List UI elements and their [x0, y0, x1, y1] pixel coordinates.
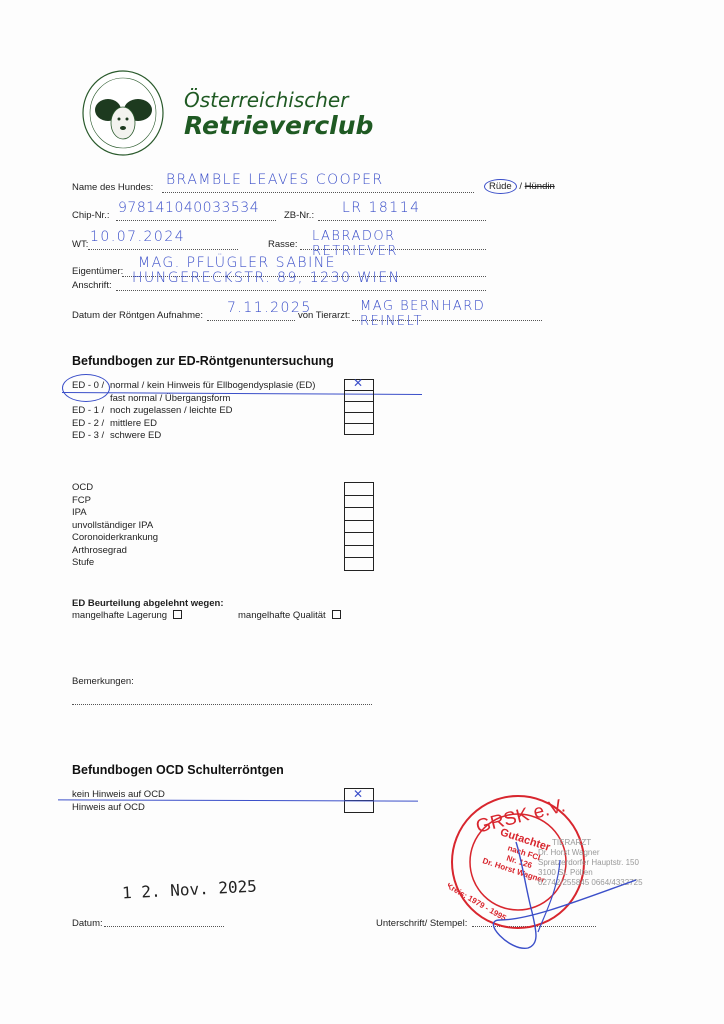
sex-option-male[interactable]: Rüde [484, 179, 517, 194]
ed-grade-list: ED - 0 /normal / kein Hinweis für Ellbog… [72, 380, 372, 443]
finding-item: IPA [72, 507, 158, 520]
ed-grade-text: mittlere ED [110, 418, 157, 429]
ed-findings-list: OCD FCP IPA unvollständiger IPA Coronoid… [72, 482, 158, 570]
finding-item: Coronoiderkrankung [72, 532, 158, 545]
ed-grade-checkbox[interactable] [344, 423, 374, 435]
finding-item: unvollständiger IPA [72, 520, 158, 533]
vet-label: von Tierarzt: [298, 310, 350, 321]
ed-grade-checkboxes: ✕ [344, 379, 374, 435]
ed-grade-code: ED - 1 / [72, 405, 110, 418]
club-title-line2: Retrieverclub [184, 111, 373, 140]
owner-value: MAG. PFLÜGLER SABINE [138, 255, 336, 271]
date-field[interactable] [104, 916, 224, 927]
checkbox-icon[interactable] [173, 610, 182, 619]
address-value: HUNGERECKSTR. 89, 1230 WIEN [132, 270, 401, 286]
ed-grade-code: ED - 3 / [72, 430, 110, 443]
finding-item: FCP [72, 495, 158, 508]
ed0-ink-circle [62, 374, 110, 402]
chip-field[interactable]: 978141040033534 [116, 208, 276, 221]
ed-grade-row: ED - 0 /normal / kein Hinweis für Ellbog… [72, 380, 372, 393]
finding-checkbox[interactable] [344, 482, 374, 496]
zb-label: ZB-Nr.: [284, 210, 314, 221]
ocd-option: Hinweis auf OCD [72, 802, 165, 815]
ed-grade-checkbox[interactable]: ✕ [344, 379, 374, 391]
ocd-options-list: kein Hinweis auf OCD Hinweis auf OCD [72, 789, 165, 814]
dog-name-label: Name des Hundes: [72, 182, 153, 193]
sex-option-female[interactable]: Hündin [525, 181, 555, 192]
checkbox-icon[interactable] [332, 610, 341, 619]
ed-grade-text: normal / kein Hinweis für Ellbogendyspla… [110, 380, 315, 391]
wt-label: WT: [72, 239, 88, 250]
ocd-section-title: Befundbogen OCD Schulterröntgen [72, 763, 284, 777]
finding-checkbox[interactable] [344, 507, 374, 521]
vet-value: MAG BERNHARD REINELT [360, 299, 542, 329]
club-title-line1: Österreichischer [184, 88, 348, 112]
finding-item: Arthrosegrad [72, 545, 158, 558]
ed-findings-checkboxes [344, 482, 374, 571]
breed-label: Rasse: [268, 239, 298, 250]
owner-label: Eigentümer: [72, 266, 123, 277]
chip-value: 978141040033534 [118, 200, 259, 216]
wt-value: 10.07.2024 [90, 229, 185, 245]
ed-grade-text: schwere ED [110, 430, 161, 441]
ed-grade-text: fast normal / Übergangsform [110, 393, 230, 404]
finding-checkbox[interactable] [344, 557, 374, 571]
breed-field[interactable]: LABRADOR RETRIEVER [300, 237, 486, 250]
finding-checkbox[interactable] [344, 532, 374, 546]
ocd-checkbox[interactable] [344, 800, 374, 813]
remarks-label: Bemerkungen: [72, 676, 134, 687]
xray-date-label: Datum der Röntgen Aufnahme: [72, 310, 203, 321]
ocd-checkbox[interactable]: ✕ [344, 788, 374, 801]
rejected-option-positioning[interactable]: mangelhafte Lagerung [72, 610, 182, 623]
zb-field[interactable]: LR 18114 [318, 208, 486, 221]
ed-grade-text: noch zugelassen / leichte ED [110, 405, 233, 416]
vet-field[interactable]: MAG BERNHARD REINELT [352, 308, 542, 321]
address-field[interactable]: HUNGERECKSTR. 89, 1230 WIEN [116, 278, 486, 291]
finding-item: OCD [72, 482, 158, 495]
ed-grade-row: ED - 1 /noch zugelassen / leichte ED [72, 405, 372, 418]
retriever-logo-icon [80, 68, 166, 158]
finding-checkbox[interactable] [344, 520, 374, 534]
ed-grade-row: ED - 3 /schwere ED [72, 430, 372, 443]
xray-date-field[interactable]: 7.11.2025 [207, 308, 295, 321]
date-stamp: 1 2. Nov. 2025 [122, 876, 258, 902]
dog-name-field[interactable]: BRAMBLE LEAVES COOPER [162, 180, 474, 193]
check-mark-icon: ✕ [353, 376, 363, 390]
remarks-field[interactable] [72, 700, 372, 705]
check-mark-icon: ✕ [353, 787, 363, 801]
ed-rejected-title: ED Beurteilung abgelehnt wegen: [72, 598, 224, 609]
address-label: Anschrift: [72, 280, 112, 291]
ed-grade-row: ED - 2 /mittlere ED [72, 418, 372, 431]
ed-grade-code: ED - 2 / [72, 418, 110, 431]
ed-section-title: Befundbogen zur ED-Röntgenuntersuchung [72, 354, 334, 368]
dog-name-value: BRAMBLE LEAVES COOPER [166, 172, 384, 188]
finding-checkbox[interactable] [344, 495, 374, 509]
breed-value: LABRADOR RETRIEVER [312, 229, 486, 259]
finding-checkbox[interactable] [344, 545, 374, 559]
chip-label: Chip-Nr.: [72, 210, 109, 221]
wt-field[interactable]: 10.07.2024 [88, 237, 238, 250]
zb-value: LR 18114 [342, 200, 421, 216]
club-logo [80, 68, 166, 158]
finding-item: Stufe [72, 557, 158, 570]
rejected-option-quality[interactable]: mangelhafte Qualität [238, 610, 341, 623]
date-label: Datum: [72, 918, 103, 929]
signature-scribble [440, 820, 640, 960]
sex-options[interactable]: Rüde / Hündin [484, 181, 555, 192]
